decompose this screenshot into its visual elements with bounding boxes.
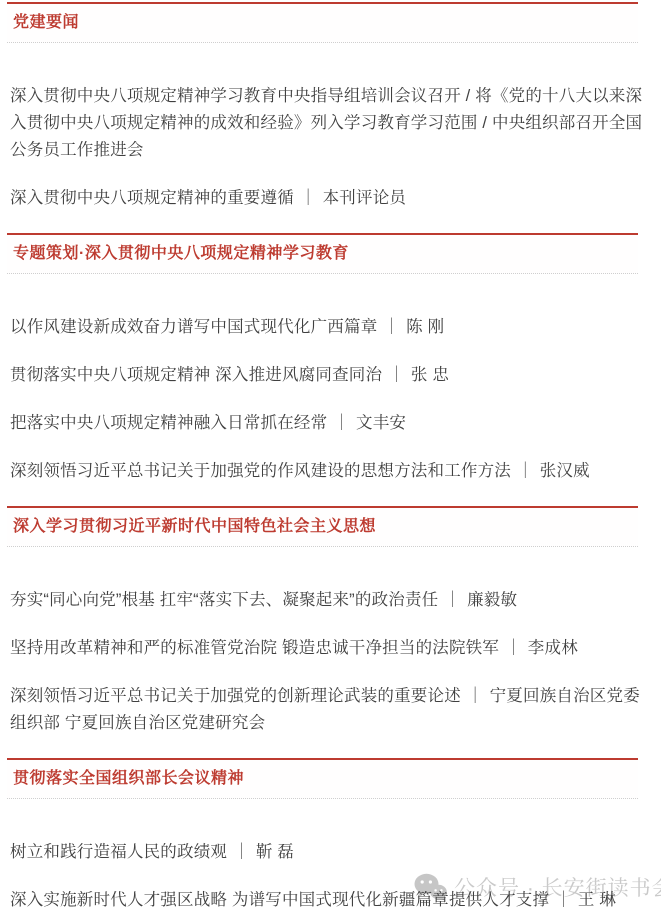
article-item: 深入实施新时代人才强区战略 为谱写中国式现代化新疆篇章提供人才支撑｜王 琳 [10, 887, 648, 914]
section-party-news: 党建要闻 深入贯彻中央八项规定精神学习教育中央指导组培训会议召开 / 将《党的十… [10, 2, 648, 212]
article-author: 王 琳 [578, 891, 616, 909]
article-title: 深入实施新时代人才强区战略 为谱写中国式现代化新疆篇章提供人才支撑 [10, 891, 549, 909]
author-separator: ｜ [505, 639, 522, 657]
article-author: 张 忠 [411, 366, 449, 384]
author-separator: ｜ [388, 366, 405, 384]
article-title: 夯实“同心向党”根基 扛牢“落实下去、凝聚起来”的政治责任 [10, 591, 438, 609]
section-special-plan: 专题策划·深入贯彻中央八项规定精神学习教育 以作风建设新成效奋力谱写中国式现代化… [10, 233, 648, 485]
author-separator: ｜ [233, 843, 250, 861]
author-separator: ｜ [517, 462, 534, 480]
section-header: 深入学习贯彻习近平新时代中国特色社会主义思想 [7, 506, 638, 547]
author-separator: ｜ [383, 318, 400, 336]
section-title: 党建要闻 [13, 13, 638, 33]
section-org-ministers-meeting: 贯彻落实全国组织部长会议精神 树立和践行造福人民的政绩观｜靳 磊 深入实施新时代… [10, 758, 648, 914]
article-title: 把落实中央八项规定精神融入日常抓在经常 [10, 414, 327, 432]
author-separator: ｜ [467, 687, 484, 705]
article-author: 文丰安 [356, 414, 406, 432]
section-title: 贯彻落实全国组织部长会议精神 [13, 769, 638, 789]
section-title: 深入学习贯彻习近平新时代中国特色社会主义思想 [13, 517, 638, 537]
article-title: 坚持用改革精神和严的标准管党治院 锻造忠诚干净担当的法院铁军 [10, 639, 499, 657]
article-list: 以作风建设新成效奋力谱写中国式现代化广西篇章｜陈 刚 贯彻落实中央八项规定精神 … [10, 274, 648, 485]
author-separator: ｜ [444, 591, 461, 609]
article-item: 深入贯彻中央八项规定精神的重要遵循｜本刊评论员 [10, 185, 648, 212]
author-separator: ｜ [555, 891, 572, 909]
article-item: 把落实中央八项规定精神融入日常抓在经常｜文丰安 [10, 410, 648, 437]
article-title: 贯彻落实中央八项规定精神 深入推进风腐同查同治 [10, 366, 382, 384]
author-separator: ｜ [300, 189, 317, 207]
article-author: 廉毅敏 [467, 591, 517, 609]
article-author: 李成林 [528, 639, 578, 657]
article-item: 夯实“同心向党”根基 扛牢“落实下去、凝聚起来”的政治责任｜廉毅敏 [10, 587, 648, 614]
author-separator: ｜ [333, 414, 350, 432]
article-title: 树立和践行造福人民的政绩观 [10, 843, 227, 861]
section-title: 专题策划·深入贯彻中央八项规定精神学习教育 [13, 244, 638, 264]
article-item: 深刻领悟习近平总书记关于加强党的作风建设的思想方法和工作方法｜张汉威 [10, 458, 648, 485]
article-item: 树立和践行造福人民的政绩观｜靳 磊 [10, 839, 648, 866]
section-header: 党建要闻 [7, 2, 638, 43]
article-title: 深入贯彻中央八项规定精神的重要遵循 [10, 189, 294, 207]
article-item: 深刻领悟习近平总书记关于加强党的创新理论武装的重要论述｜宁夏回族自治区党委组织部… [10, 683, 648, 737]
article-author: 陈 刚 [406, 318, 444, 336]
article-author: 本刊评论员 [323, 189, 407, 207]
article-author: 张汉威 [540, 462, 590, 480]
article-item: 深入贯彻中央八项规定精神学习教育中央指导组培训会议召开 / 将《党的十八大以来深… [10, 83, 648, 164]
article-item: 坚持用改革精神和严的标准管党治院 锻造忠诚干净担当的法院铁军｜李成林 [10, 635, 648, 662]
section-header: 贯彻落实全国组织部长会议精神 [7, 758, 638, 799]
article-title: 以作风建设新成效奋力谱写中国式现代化广西篇章 [10, 318, 377, 336]
article-list: 树立和践行造福人民的政绩观｜靳 磊 深入实施新时代人才强区战略 为谱写中国式现代… [10, 799, 648, 914]
section-xi-thought: 深入学习贯彻习近平新时代中国特色社会主义思想 夯实“同心向党”根基 扛牢“落实下… [10, 506, 648, 737]
article-title: 深刻领悟习近平总书记关于加强党的创新理论武装的重要论述 [10, 687, 461, 705]
article-item: 贯彻落实中央八项规定精神 深入推进风腐同查同治｜张 忠 [10, 362, 648, 389]
article-list: 深入贯彻中央八项规定精神学习教育中央指导组培训会议召开 / 将《党的十八大以来深… [10, 43, 648, 212]
article-title: 深刻领悟习近平总书记关于加强党的作风建设的思想方法和工作方法 [10, 462, 511, 480]
article-list: 夯实“同心向党”根基 扛牢“落实下去、凝聚起来”的政治责任｜廉毅敏 坚持用改革精… [10, 547, 648, 737]
article-author: 靳 磊 [256, 843, 294, 861]
section-header: 专题策划·深入贯彻中央八项规定精神学习教育 [7, 233, 638, 274]
toc-page: 党建要闻 深入贯彻中央八项规定精神学习教育中央指导组培训会议召开 / 将《党的十… [0, 0, 661, 914]
article-title: 深入贯彻中央八项规定精神学习教育中央指导组培训会议召开 / 将《党的十八大以来深… [10, 87, 642, 159]
article-item: 以作风建设新成效奋力谱写中国式现代化广西篇章｜陈 刚 [10, 314, 648, 341]
